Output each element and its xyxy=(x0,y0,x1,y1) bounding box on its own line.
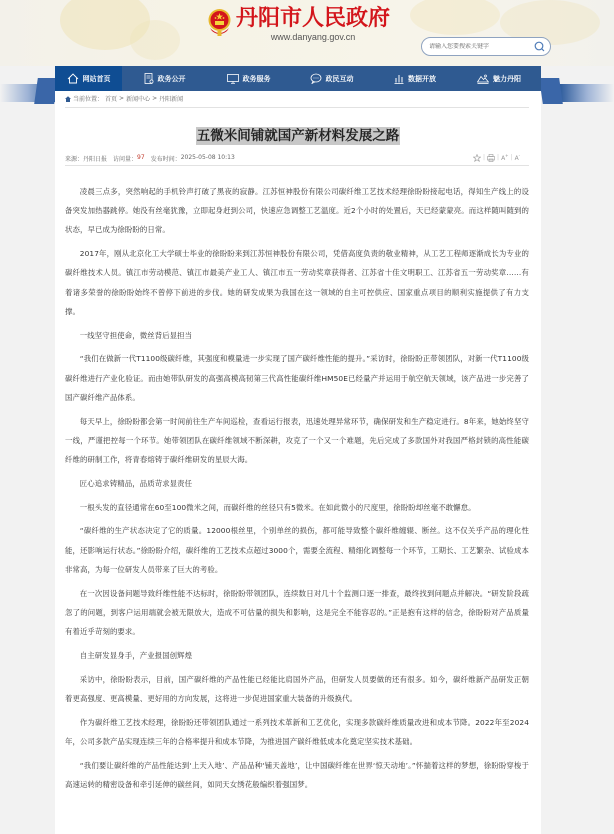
views-label: 访问量： xyxy=(113,154,137,163)
print-icon xyxy=(487,154,495,162)
nav-item-label: 政务公开 xyxy=(158,74,186,84)
date-label: 发布时间： xyxy=(151,154,181,163)
font-decrease-icon: A- xyxy=(515,153,521,162)
separator: | xyxy=(483,154,485,161)
nav-item-government-affairs[interactable]: 政务公开 xyxy=(122,66,207,91)
monitor-icon xyxy=(227,74,239,84)
source-value: 丹阳日报 xyxy=(83,154,107,163)
article-paragraph: 每天早上，徐盼盼都会第一时间前往生产车间巡检，查看运行报表，迅速处理异常环节，确… xyxy=(65,412,529,470)
article-paragraph: 2017年，刚从北京化工大学硕士毕业的徐盼盼来到江苏恒神股份有限公司，凭借高度负… xyxy=(65,244,529,321)
main-content: 当前位置： 首页 > 新闻中心 > 丹阳新闻 五微米间铺就国产新材料发展之路 来… xyxy=(55,91,541,834)
document-icon xyxy=(144,73,154,84)
font-increase-icon: A+ xyxy=(501,153,508,162)
nav-item-charming-danyang[interactable]: 魅力丹阳 xyxy=(457,66,541,91)
decorative-blossom xyxy=(130,20,180,60)
home-icon xyxy=(67,73,79,84)
article-paragraph: 采访中，徐盼盼表示，目前，国产碳纤维的产品性能已经能比肩国外产品，但研发人员要做… xyxy=(65,670,529,708)
article-paragraph: 在一次因设备问题导致纤维性能不达标时，徐盼盼带领团队，连续数日对几十个监测口逐一… xyxy=(65,584,529,642)
article-subheading: 自主研发显身手，产业报国创辉煌 xyxy=(65,646,529,665)
separator: | xyxy=(497,154,499,161)
font-decrease-button[interactable]: A- xyxy=(515,153,521,162)
breadcrumb-separator: > xyxy=(119,95,124,102)
search-input[interactable] xyxy=(429,43,533,50)
search-icon xyxy=(534,41,545,52)
separator: | xyxy=(511,154,513,161)
decorative-ribbon-fold xyxy=(539,78,563,104)
article-tools: | | A+ | A- xyxy=(473,153,520,162)
nav-item-open-data[interactable]: 数据开放 xyxy=(373,66,457,91)
article-paragraph: “碳纤维的生产状态决定了它的质量。12000根丝里，个别单丝的损伤，都可能导致整… xyxy=(65,521,529,579)
article-paragraph: 一根头发的直径通常在60至100微米之间，而碳纤维的丝径只有5微米。在如此微小的… xyxy=(65,498,529,517)
nav-item-home[interactable]: 网站首页 xyxy=(55,66,122,91)
national-emblem-icon xyxy=(207,8,232,38)
source-label: 来源： xyxy=(65,154,83,163)
print-button[interactable] xyxy=(487,154,495,162)
article-paragraph: “我们要让碳纤维的产品性能达到‘上天入地’、产品品种‘铺天盖地’，让中国碳纤维在… xyxy=(65,756,529,794)
breadcrumb: 当前位置： 首页 > 新闻中心 > 丹阳新闻 xyxy=(65,94,183,103)
nav-item-label: 政务服务 xyxy=(243,74,271,84)
decorative-blossom xyxy=(410,0,500,35)
nav-item-label: 网站首页 xyxy=(83,74,111,84)
article-paragraph: 凌晨三点多，突然响起的手机铃声打破了黑夜的寂静。江苏恒神股份有限公司碳纤维工艺技… xyxy=(65,182,529,240)
site-logo[interactable]: 丹阳市人民政府 www.danyang.gov.cn xyxy=(207,6,390,44)
article-subheading: 一线坚守担使命，微丝背后显担当 xyxy=(65,326,529,345)
article-paragraph: 作为碳纤维工艺技术经理，徐盼盼还带领团队通过一系列技术革新和工艺优化，实现多款碳… xyxy=(65,713,529,751)
main-nav: 网站首页 政务公开 政务服务 政民互动 数据开放 魅力丹阳 xyxy=(55,66,541,91)
breadcrumb-news-center[interactable]: 新闻中心 xyxy=(126,94,150,103)
divider xyxy=(65,165,529,166)
search-box xyxy=(421,37,551,56)
chat-icon xyxy=(310,73,322,84)
article-paragraph: “我们在做新一代T1100级碳纤维，其强度和模量进一步实现了国产碳纤维性能的提升… xyxy=(65,349,529,407)
nav-item-label: 魅力丹阳 xyxy=(493,74,521,84)
site-title: 丹阳市人民政府 xyxy=(236,6,390,32)
article-body: 凌晨三点多，突然响起的手机铃声打破了黑夜的寂静。江苏恒神股份有限公司碳纤维工艺技… xyxy=(65,182,529,799)
article-meta: 来源： 丹阳日报 访问量： 97 发布时间： 2025-05-08 10:13 xyxy=(65,154,235,163)
nav-item-government-services[interactable]: 政务服务 xyxy=(207,66,290,91)
search-button[interactable] xyxy=(533,41,545,53)
nav-item-public-interaction[interactable]: 政民互动 xyxy=(290,66,373,91)
decorative-ribbon-right xyxy=(560,84,614,102)
home-icon xyxy=(65,96,71,102)
nav-item-label: 数据开放 xyxy=(408,74,436,84)
breadcrumb-prefix: 当前位置： xyxy=(73,94,103,103)
divider xyxy=(65,107,529,108)
breadcrumb-home[interactable]: 首页 xyxy=(105,94,117,103)
site-url: www.danyang.gov.cn xyxy=(271,31,355,43)
font-increase-button[interactable]: A+ xyxy=(501,153,508,162)
views-count: 97 xyxy=(137,154,145,163)
breadcrumb-danyang-news[interactable]: 丹阳新闻 xyxy=(159,94,183,103)
breadcrumb-separator: > xyxy=(152,95,157,102)
nav-item-label: 政民互动 xyxy=(326,74,354,84)
favorite-button[interactable] xyxy=(473,154,481,162)
article-subheading: 匠心追求铸精品，品质苛求显责任 xyxy=(65,474,529,493)
article-title: 五微米间铺就国产新材料发展之路 xyxy=(196,127,401,145)
publish-date: 2025-05-08 10:13 xyxy=(181,154,235,163)
landscape-icon xyxy=(477,74,489,84)
favorite-icon xyxy=(473,154,481,162)
bar-chart-icon xyxy=(394,74,404,84)
site-header: 丹阳市人民政府 www.danyang.gov.cn xyxy=(0,0,614,66)
